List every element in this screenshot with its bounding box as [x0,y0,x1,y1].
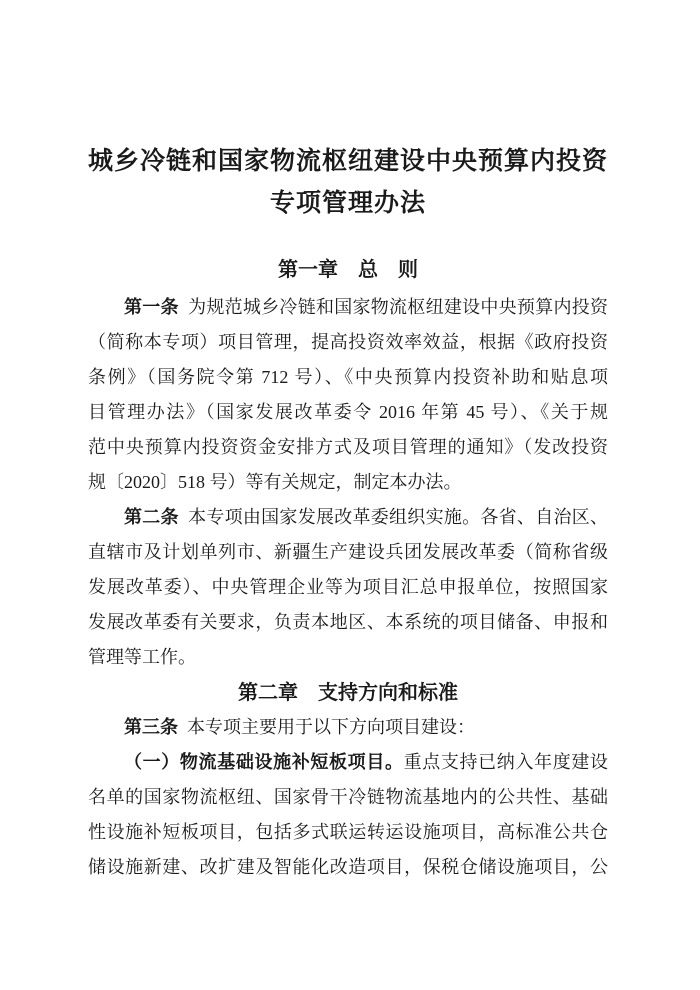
text-line: 范中央预算内投资资金安排方式及项目管理的通知》（发改投资 [88,430,608,465]
bold-text-segment: 第三条 [124,717,178,738]
text-segment: 直辖市及计划单列市、新疆生产建设兵团发展改革委（简称省级 [88,542,608,562]
text-line: 条例》（国务院令第 712 号）、《中央预算内投资补助和贴息项 [88,360,608,395]
bold-text-segment: （一）物流基础设施补短板项目。 [124,752,404,773]
text-line: 性设施补短板项目，包括多式联运转运设施项目，高标准公共仓 [88,815,608,850]
document-title: 城乡冷链和国家物流枢纽建设中央预算内投资 专项管理办法 [88,141,608,225]
text-segment: 重点支持已纳入年度建设 [404,752,608,772]
text-segment: 目管理办法》（国家发展改革委令 2016 年第 45 号）、《关于规 [88,402,608,422]
text-segment: 发展改革委有关要求，负责本地区、本系统的项目储备、申报和 [88,612,608,632]
text-line: 名单的国家物流枢纽、国家骨干冷链物流基地内的公共性、基础 [88,780,608,815]
chapter-heading: 第二章 支持方向和标准 [88,675,608,710]
text-line: （简称本专项）项目管理，提高投资效率效益，根据《政府投资 [88,325,608,360]
text-line: 第三条 本专项主要用于以下方向项目建设： [88,710,608,745]
text-segment: 管理等工作。 [88,647,196,667]
bold-text-segment: 第二条 [124,507,179,528]
text-segment: 范中央预算内投资资金安排方式及项目管理的通知》（发改投资 [88,437,608,457]
text-line: （一）物流基础设施补短板项目。重点支持已纳入年度建设 [88,745,608,780]
text-segment: 条例》（国务院令第 712 号）、《中央预算内投资补助和贴息项 [88,367,608,387]
chapter-heading: 第一章 总 则 [88,252,608,287]
text-segment: 名单的国家物流枢纽、国家骨干冷链物流基地内的公共性、基础 [88,787,608,807]
text-line: 发展改革委）、中央管理企业等为项目汇总申报单位，按照国家 [88,570,608,605]
text-line: 第一条 为规范城乡冷链和国家物流枢纽建设中央预算内投资 [88,290,608,325]
document-title-line-1: 城乡冷链和国家物流枢纽建设中央预算内投资 [88,141,608,183]
text-segment: 发展改革委）、中央管理企业等为项目汇总申报单位，按照国家 [88,577,608,597]
document-page: 城乡冷链和国家物流枢纽建设中央预算内投资 专项管理办法 第一章 总 则第一条 为… [0,0,700,990]
text-segment: 规〔2020〕518 号）等有关规定，制定本办法。 [88,472,462,492]
document-body: 第一章 总 则第一条 为规范城乡冷链和国家物流枢纽建设中央预算内投资（简称本专项… [88,252,608,885]
text-segment: 本专项主要用于以下方向项目建设： [178,717,475,737]
text-line: 发展改革委有关要求，负责本地区、本系统的项目储备、申报和 [88,605,608,640]
text-segment: 储设施新建、改扩建及智能化改造项目，保税仓储设施项目，公 [88,857,608,877]
text-segment: 本专项由国家发展改革委组织实施。各省、自治区、 [179,507,608,527]
text-line: 第二条 本专项由国家发展改革委组织实施。各省、自治区、 [88,500,608,535]
text-line: 直辖市及计划单列市、新疆生产建设兵团发展改革委（简称省级 [88,535,608,570]
text-line: 规〔2020〕518 号）等有关规定，制定本办法。 [88,465,608,500]
text-segment: （简称本专项）项目管理，提高投资效率效益，根据《政府投资 [88,332,608,352]
text-line: 储设施新建、改扩建及智能化改造项目，保税仓储设施项目，公 [88,850,608,885]
document-title-line-2: 专项管理办法 [88,183,608,225]
document-content: 城乡冷链和国家物流枢纽建设中央预算内投资 专项管理办法 第一章 总 则第一条 为… [88,141,608,885]
bold-text-segment: 第一条 [124,297,179,318]
text-segment: 为规范城乡冷链和国家物流枢纽建设中央预算内投资 [179,297,608,317]
text-segment: 性设施补短板项目，包括多式联运转运设施项目，高标准公共仓 [88,822,608,842]
text-line: 目管理办法》（国家发展改革委令 2016 年第 45 号）、《关于规 [88,395,608,430]
text-line: 管理等工作。 [88,640,608,675]
